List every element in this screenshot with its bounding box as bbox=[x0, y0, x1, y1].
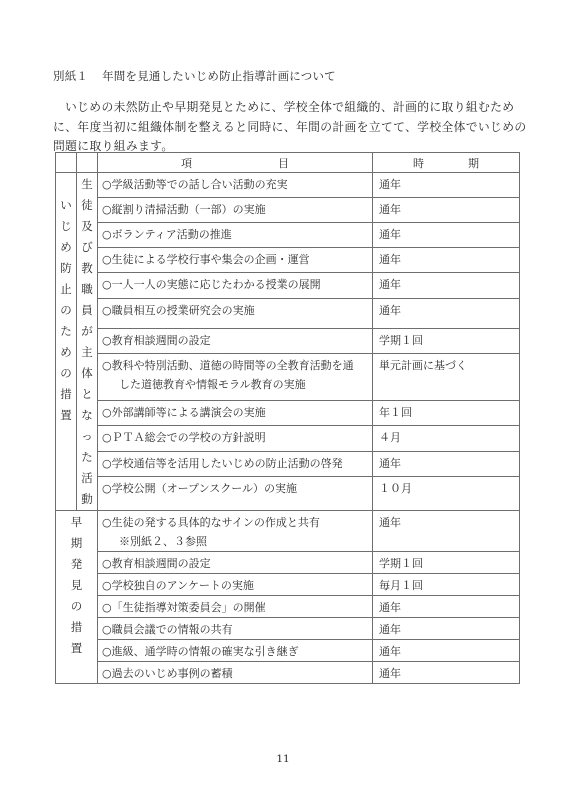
vertical-label-char: じ bbox=[60, 216, 72, 237]
header-blank-2 bbox=[77, 153, 98, 173]
vertical-label-char: 生 bbox=[81, 174, 93, 195]
table-row: ○過去のいじめ事例の蓄積 通年 bbox=[56, 662, 520, 684]
vertical-label-char: 置 bbox=[71, 638, 83, 659]
vertical-label-char: 見 bbox=[71, 575, 83, 596]
table-row: ○外部講師等による講演会の実施 年１回 bbox=[56, 401, 520, 426]
heading-number: 別紙１ bbox=[53, 69, 88, 83]
vertical-label-char: 及 bbox=[81, 216, 93, 237]
item-text-continued: ※別紙２、３参照 bbox=[102, 532, 368, 551]
table-row: ○学校通信等を活用したいじめの防止活動の啓発 通年 bbox=[56, 451, 520, 476]
time-cell: 通年 bbox=[373, 173, 520, 198]
vertical-label-char: 職 bbox=[81, 279, 93, 300]
vertical-label-char: と bbox=[81, 384, 93, 405]
table-row: ○職員会議での情報の共有 通年 bbox=[56, 618, 520, 640]
section-sublabel-student-staff-led: 生徒及び教職員が主体となった活動 bbox=[77, 173, 98, 511]
vertical-label-char: 早 bbox=[71, 512, 83, 533]
table-row: ○生徒による学校行事や集会の企画・運営 通年 bbox=[56, 248, 520, 273]
time-cell: 通年 bbox=[373, 640, 520, 662]
vertical-label-char: 措 bbox=[60, 384, 72, 405]
table-row: ○ＰＴＡ総会での学校の方針説明 ４月 bbox=[56, 426, 520, 451]
item-text: ○教科や特別活動、道徳の時間等の全教育活動を通 bbox=[102, 359, 354, 372]
item-cell: ○縦割り清掃活動（一部）の実施 bbox=[98, 198, 373, 223]
table-row: ○進級、通学時の情報の確実な引き継ぎ 通年 bbox=[56, 640, 520, 662]
vertical-label-char: 防 bbox=[60, 258, 72, 279]
table-row: ○「生徒指導対策委員会」の開催 通年 bbox=[56, 596, 520, 618]
table-header-row: 項 目 時 期 bbox=[56, 153, 520, 173]
vertical-label-char: め bbox=[60, 237, 72, 258]
item-cell: ○ＰＴＡ総会での学校の方針説明 bbox=[98, 426, 373, 451]
time-cell: 通年 bbox=[373, 198, 520, 223]
time-cell: 通年 bbox=[373, 618, 520, 640]
time-cell: 通年 bbox=[373, 248, 520, 273]
item-text-continued: した道徳教育や情報モラル教育の実施 bbox=[102, 375, 368, 394]
time-cell: 通年 bbox=[373, 596, 520, 618]
table-row: ○教育相談週間の設定 学期１回 bbox=[56, 552, 520, 574]
table-row: 早期発見の措置 ○生徒の発する具体的なサインの作成と共有 ※別紙２、３参照 通年 bbox=[56, 511, 520, 552]
time-cell: 通年 bbox=[373, 273, 520, 298]
header-time: 時 期 bbox=[373, 153, 520, 173]
item-cell: ○学校独自のアンケートの実施 bbox=[98, 574, 373, 596]
vertical-label-char: 教 bbox=[81, 258, 93, 279]
vertical-label-char: 措 bbox=[71, 617, 83, 638]
item-cell: ○生徒の発する具体的なサインの作成と共有 ※別紙２、３参照 bbox=[98, 511, 373, 552]
vertical-label-char: 発 bbox=[71, 554, 83, 575]
page-number: 11 bbox=[0, 753, 566, 765]
vertical-label-char: び bbox=[81, 237, 93, 258]
item-cell: ○一人一人の実態に応じたわかる授業の展開 bbox=[98, 273, 373, 298]
vertical-label-char: の bbox=[60, 300, 72, 321]
page-heading: 別紙１年間を見通したいじめ防止指導計画について bbox=[53, 68, 336, 84]
vertical-label-char: っ bbox=[81, 426, 93, 447]
header-item: 項 目 bbox=[98, 153, 373, 173]
item-cell: ○生徒による学校行事や集会の企画・運営 bbox=[98, 248, 373, 273]
item-cell: ○教育相談週間の設定 bbox=[98, 329, 373, 354]
vertical-label-char: 主 bbox=[81, 342, 93, 363]
time-cell: 学期１回 bbox=[373, 552, 520, 574]
time-cell: 単元計画に基づく bbox=[373, 354, 520, 401]
table-row: ○学校独自のアンケートの実施 毎月１回 bbox=[56, 574, 520, 596]
vertical-label-char: い bbox=[60, 195, 72, 216]
item-text: ○生徒の発する具体的なサインの作成と共有 bbox=[102, 516, 320, 529]
vertical-label-char: の bbox=[71, 596, 83, 617]
time-cell: 通年 bbox=[373, 223, 520, 248]
header-blank-1 bbox=[56, 153, 77, 173]
vertical-label-char: な bbox=[81, 405, 93, 426]
vertical-label-char: 徒 bbox=[81, 195, 93, 216]
item-cell: ○学校公開（オープンスクール）の実施 bbox=[98, 476, 373, 510]
table-row: ○縦割り清掃活動（一部）の実施 通年 bbox=[56, 198, 520, 223]
time-cell: 通年 bbox=[373, 298, 520, 329]
table-row: ○職員相互の授業研究会の実施 通年 bbox=[56, 298, 520, 329]
time-cell: １０月 bbox=[373, 476, 520, 510]
vertical-label-char: 止 bbox=[60, 279, 72, 300]
item-cell: ○教科や特別活動、道徳の時間等の全教育活動を通 した道徳教育や情報モラル教育の実… bbox=[98, 354, 373, 401]
vertical-label-char: た bbox=[60, 321, 72, 342]
item-cell: ○外部講師等による講演会の実施 bbox=[98, 401, 373, 426]
time-cell: 学期１回 bbox=[373, 329, 520, 354]
vertical-label-char: 員 bbox=[81, 300, 93, 321]
table-row: ○教科や特別活動、道徳の時間等の全教育活動を通 した道徳教育や情報モラル教育の実… bbox=[56, 354, 520, 401]
vertical-label-char: 体 bbox=[81, 363, 93, 384]
vertical-label-char: の bbox=[60, 363, 72, 384]
table-row: ○ボランティア活動の推進 通年 bbox=[56, 223, 520, 248]
item-cell: ○ボランティア活動の推進 bbox=[98, 223, 373, 248]
item-cell: ○学級活動等での話し合い活動の充実 bbox=[98, 173, 373, 198]
item-cell: ○過去のいじめ事例の蓄積 bbox=[98, 662, 373, 684]
vertical-label-char: め bbox=[60, 342, 72, 363]
intro-paragraph: いじめの未然防止や早期発見とために、学校全体で組織的、計画的に取り組むために、年… bbox=[53, 98, 529, 157]
vertical-label-char: 置 bbox=[60, 405, 72, 426]
time-cell: 通年 bbox=[373, 451, 520, 476]
section-label-early-detection: 早期発見の措置 bbox=[56, 511, 98, 684]
item-cell: ○職員相互の授業研究会の実施 bbox=[98, 298, 373, 329]
table-row: いじめ防止のための措置 生徒及び教職員が主体となった活動 ○学級活動等での話し合… bbox=[56, 173, 520, 198]
item-cell: ○進級、通学時の情報の確実な引き継ぎ bbox=[98, 640, 373, 662]
item-cell: ○職員会議での情報の共有 bbox=[98, 618, 373, 640]
heading-title: 年間を見通したいじめ防止指導計画について bbox=[102, 69, 336, 83]
item-cell: ○学校通信等を活用したいじめの防止活動の啓発 bbox=[98, 451, 373, 476]
vertical-label-char: が bbox=[81, 321, 93, 342]
table-row: ○一人一人の実態に応じたわかる授業の展開 通年 bbox=[56, 273, 520, 298]
vertical-label-char: 活 bbox=[81, 468, 93, 489]
item-cell: ○「生徒指導対策委員会」の開催 bbox=[98, 596, 373, 618]
time-cell: 通年 bbox=[373, 511, 520, 552]
section-label-prevention: いじめ防止のための措置 bbox=[56, 173, 77, 511]
time-cell: ４月 bbox=[373, 426, 520, 451]
time-cell: 通年 bbox=[373, 662, 520, 684]
item-cell: ○教育相談週間の設定 bbox=[98, 552, 373, 574]
table-row: ○学校公開（オープンスクール）の実施 １０月 bbox=[56, 476, 520, 510]
table-row: ○教育相談週間の設定 学期１回 bbox=[56, 329, 520, 354]
time-cell: 毎月１回 bbox=[373, 574, 520, 596]
vertical-label-char: 期 bbox=[71, 533, 83, 554]
time-cell: 年１回 bbox=[373, 401, 520, 426]
prevention-plan-table: 項 目 時 期 いじめ防止のための措置 生徒及び教職員が主体となった活動 ○学級… bbox=[55, 152, 520, 684]
vertical-label-char: 動 bbox=[81, 489, 93, 510]
vertical-label-char: た bbox=[81, 447, 93, 468]
